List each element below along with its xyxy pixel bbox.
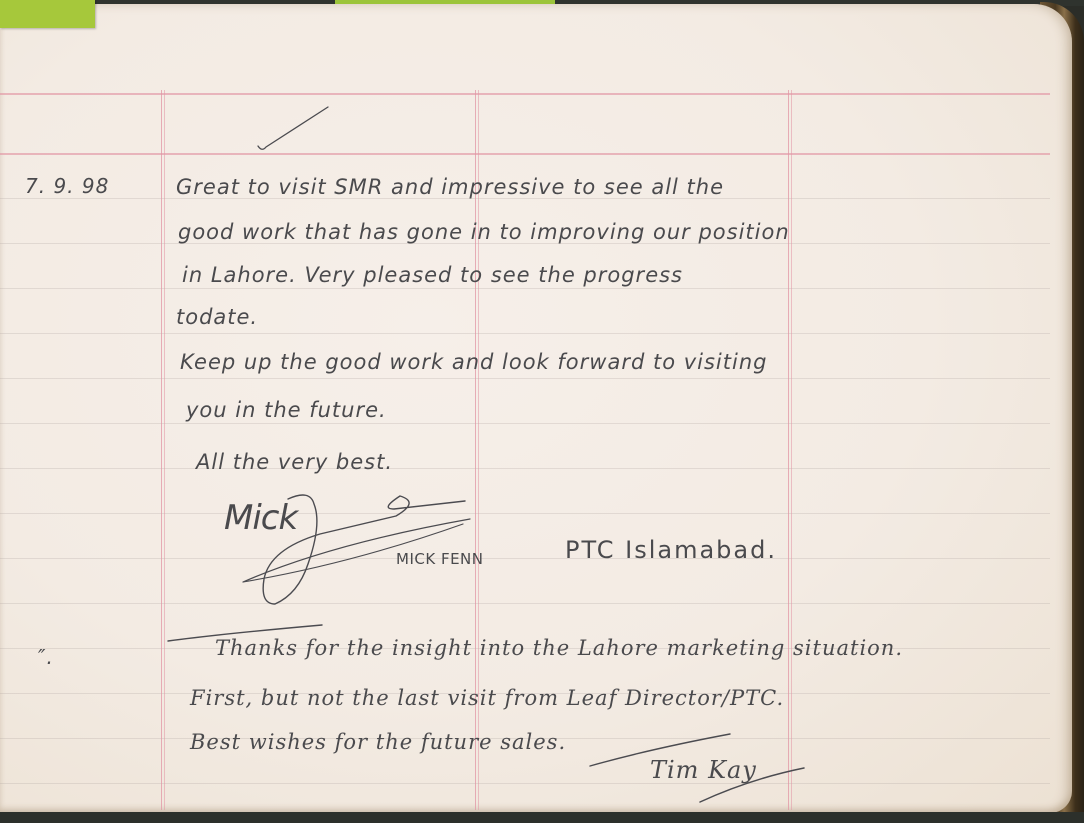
ledger-page: 7. 9. 98 Great to visit SMR and impressi…: [0, 4, 1072, 813]
signature-tim-kay: Tim Kay: [650, 756, 757, 784]
bottom-dark-strip: [0, 812, 1084, 823]
sticky-note: [0, 0, 95, 28]
signature-underline-icon: [0, 4, 1072, 813]
